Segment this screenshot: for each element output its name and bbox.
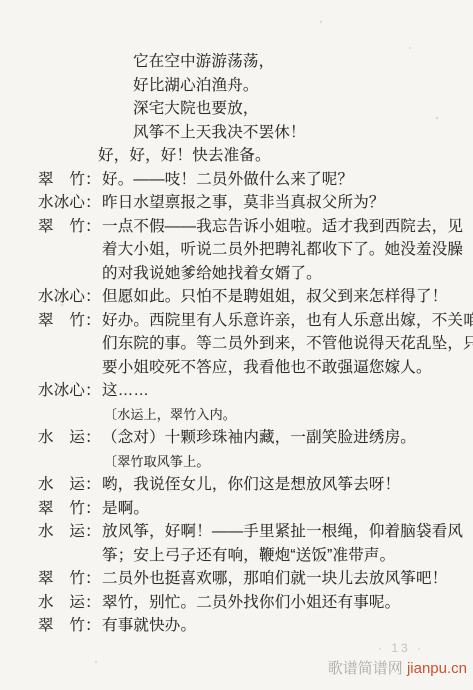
- watermark-site-url: jianpu.cn: [407, 660, 467, 677]
- speaker-name: 翠 竹：: [38, 168, 102, 192]
- speaker-name: 翠 竹：: [38, 614, 102, 638]
- dialogue-row: 水冰心： 昨日水望禀报之事，莫非当真叔父所为？: [38, 191, 465, 215]
- speaker-name: 翠 竹：: [38, 567, 102, 591]
- speech-lines: （念对）十颗珍珠袖内藏，一副笑脸进绣房。: [102, 426, 465, 450]
- dialogue-row: 水 运： 放风筝，好啊！——手里紧扯一根绳，仰着脑袋看风筝；安上弓子还有响，鞭炮…: [38, 520, 465, 567]
- script-page: 它在空中游游荡荡， 好比湖心泊渔舟。 深宅大院也要放， 风筝不上天我决不罢休！ …: [0, 0, 473, 690]
- speech-line: 筝；安上弓子还有响，鞭炮“送饭”准带声。: [102, 544, 465, 568]
- speaker-name: 翠 竹：: [38, 309, 102, 333]
- dialogue-row: 水 运： （念对）十颗珍珠袖内藏，一副笑脸进绣房。: [38, 426, 465, 450]
- stage-direction-line: 〔水运上，翠竹入内。: [104, 403, 465, 427]
- stage-direction: 〔水运上，翠竹入内。: [104, 403, 465, 427]
- speech-line: 要小姐咬死不答应，我看他也不敢强逼您嫁人。: [102, 356, 473, 380]
- speech-line: 昨日水望禀报之事，莫非当真叔父所为？: [102, 191, 465, 215]
- stage-direction: 〔翠竹取风筝上。: [104, 450, 465, 474]
- speech-line: 的对我说她爹给她找着女婿了。: [102, 262, 465, 286]
- speaker-name: 水 运：: [38, 591, 102, 615]
- speech-lines: 好办。西院里有人乐意许亲，也有人乐意出嫁，不关咱们东院的事。等二员外到来，不管他…: [102, 309, 473, 380]
- dialogue-list: 翠 竹： 好。——吱！二员外做什么来了呢？ 水冰心： 昨日水望禀报之事，莫非当真…: [38, 168, 465, 638]
- script-text-block: 它在空中游游荡荡， 好比湖心泊渔舟。 深宅大院也要放， 风筝不上天我决不罢休！ …: [38, 50, 465, 638]
- stage-direction-line: 〔翠竹取风筝上。: [104, 450, 465, 474]
- speech-line: 二员外也挺喜欢哪，那咱们就一块儿去放风筝吧！: [102, 567, 465, 591]
- speech-line: 哟，我说侄女儿，你们这是想放风筝去呀！: [102, 473, 465, 497]
- page-number: · 13 ·: [378, 641, 424, 655]
- poem-line: 它在空中游游荡荡，: [133, 50, 465, 74]
- speech-line: 好。——吱！二员外做什么来了呢？: [102, 168, 465, 192]
- speaker-name: 水冰心：: [38, 285, 102, 309]
- speech-lines: 二员外也挺喜欢哪，那咱们就一块儿去放风筝吧！: [102, 567, 465, 591]
- watermark: 歌谱简谱网 jianpu.cn: [328, 657, 467, 678]
- poem-line: 深宅大院也要放，: [133, 97, 465, 121]
- speaker-name: 翠 竹：: [38, 215, 102, 239]
- stage-direction-lines: 〔翠竹取风筝上。: [104, 450, 465, 474]
- dialogue-row: 翠 竹： 二员外也挺喜欢哪，那咱们就一块儿去放风筝吧！: [38, 567, 465, 591]
- speech-lines: 好。——吱！二员外做什么来了呢？: [102, 168, 465, 192]
- dialogue-row: 水 运： 翠竹，别忙。二员外找你们小姐还有事呢。: [38, 591, 465, 615]
- speaker-name: 水冰心：: [38, 191, 102, 215]
- dialogue-row: 水 运： 哟，我说侄女儿，你们这是想放风筝去呀！: [38, 473, 465, 497]
- speech-line: 这……: [102, 379, 465, 403]
- speech-lines: 哟，我说侄女儿，你们这是想放风筝去呀！: [102, 473, 465, 497]
- speaker-name: 翠 竹：: [38, 497, 102, 521]
- speech-lines: 是啊。: [102, 497, 465, 521]
- speech-lines: 但愿如此。只怕不是聘姐姐，叔父到来怎样得了！: [102, 285, 465, 309]
- poem-block: 它在空中游游荡荡， 好比湖心泊渔舟。 深宅大院也要放， 风筝不上天我决不罢休！: [133, 50, 465, 144]
- speech-line: 着大小姐，听说二员外把聘礼都收下了。她没羞没臊: [102, 238, 465, 262]
- stage-direction-lines: 〔水运上，翠竹入内。: [104, 403, 465, 427]
- speech-line: 放风筝，好啊！——手里紧扯一根绳，仰着脑袋看风: [102, 520, 465, 544]
- dialogue-row: 翠 竹： 是啊。: [38, 497, 465, 521]
- speech-line: （念对）十颗珍珠袖内藏，一副笑脸进绣房。: [102, 426, 465, 450]
- speech-line: 好办。西院里有人乐意许亲，也有人乐意出嫁，不关咱: [102, 309, 473, 333]
- speech-lines: 昨日水望禀报之事，莫非当真叔父所为？: [102, 191, 465, 215]
- speech-lines: 有事就快办。: [102, 614, 465, 638]
- speech-line: 翠竹，别忙。二员外找你们小姐还有事呢。: [102, 591, 465, 615]
- speech-line: 们东院的事。等二员外到来，不管他说得天花乱坠，只: [102, 332, 473, 356]
- speech-line: 但愿如此。只怕不是聘姐姐，叔父到来怎样得了！: [102, 285, 465, 309]
- watermark-site-name: 歌谱简谱网: [328, 660, 403, 677]
- dialogue-row: 翠 竹： 有事就快办。: [38, 614, 465, 638]
- speech-lines: 放风筝，好啊！——手里紧扯一根绳，仰着脑袋看风筝；安上弓子还有响，鞭炮“送饭”准…: [102, 520, 465, 567]
- speaker-name: 水 运：: [38, 426, 102, 450]
- speaker-name: 水 运：: [38, 473, 102, 497]
- speaker-name: 水冰心：: [38, 379, 102, 403]
- dialogue-row: 翠 竹： 好。——吱！二员外做什么来了呢？: [38, 168, 465, 192]
- dialogue-row: 翠 竹： 一点不假——我忘告诉小姐啦。适才我到西院去，见着大小姐，听说二员外把聘…: [38, 215, 465, 286]
- speech-line: 是啊。: [102, 497, 465, 521]
- speech-lines: 一点不假——我忘告诉小姐啦。适才我到西院去，见着大小姐，听说二员外把聘礼都收下了…: [102, 215, 465, 286]
- dialogue-row: 翠 竹： 好办。西院里有人乐意许亲，也有人乐意出嫁，不关咱们东院的事。等二员外到…: [38, 309, 465, 380]
- speech-lines: 这……: [102, 379, 465, 403]
- poem-line: 风筝不上天我决不罢休！: [133, 121, 465, 145]
- speech-line: 有事就快办。: [102, 614, 465, 638]
- speaker-name: 水 运：: [38, 520, 102, 544]
- speech-lines: 翠竹，别忙。二员外找你们小姐还有事呢。: [102, 591, 465, 615]
- dialogue-row: 水冰心： 但愿如此。只怕不是聘姐姐，叔父到来怎样得了！: [38, 285, 465, 309]
- dialogue-row: 水冰心： 这……: [38, 379, 465, 403]
- speech-line: 一点不假——我忘告诉小姐啦。适才我到西院去，见: [102, 215, 465, 239]
- lead-line: 好，好，好！快去准备。: [98, 144, 465, 168]
- poem-line: 好比湖心泊渔舟。: [133, 74, 465, 98]
